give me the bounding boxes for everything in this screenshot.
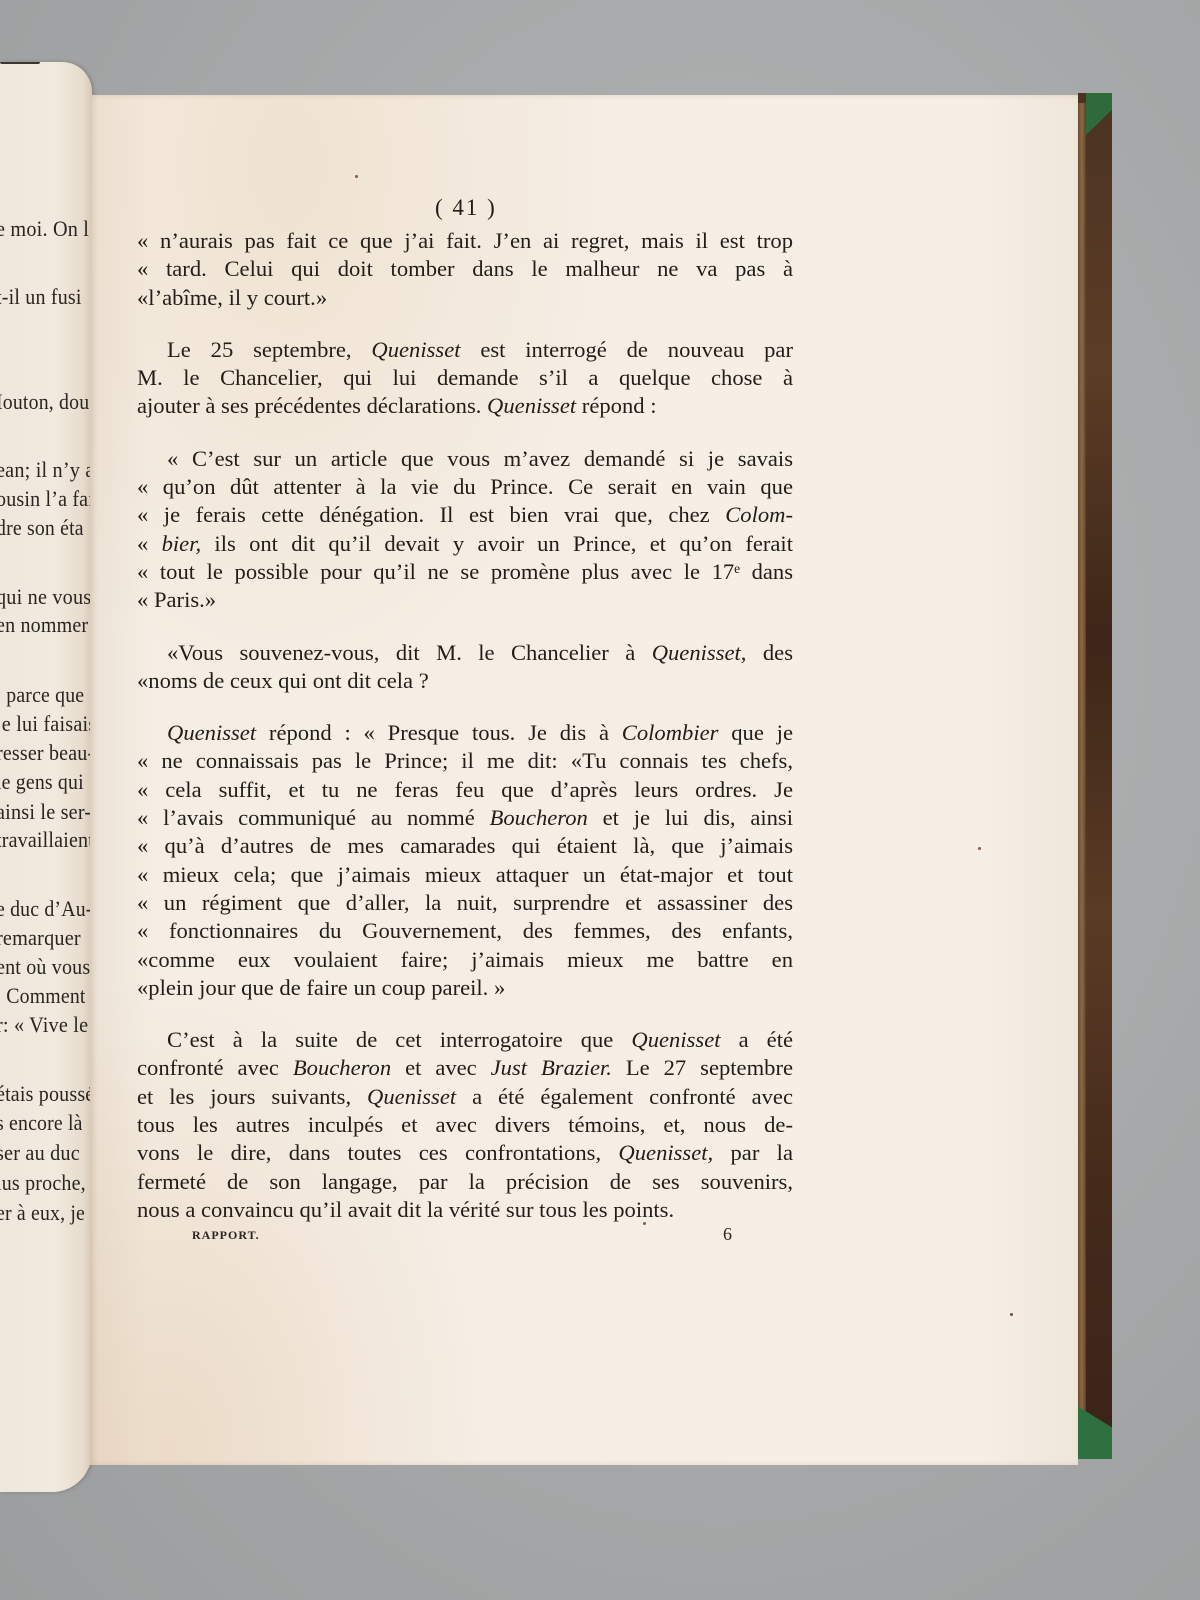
text-segment: vons le dire, dans toutes ces confrontat… — [137, 1140, 618, 1165]
paper-speck — [1010, 1313, 1013, 1316]
text-segment: et les jours suivants, — [137, 1084, 367, 1109]
paragraph-gap — [137, 312, 793, 336]
left-page-line: le gens qui — [0, 769, 84, 795]
left-page-line: ousin l’a fai — [0, 486, 92, 512]
left-page-line: dre son éta — [0, 515, 84, 541]
text-line: « ne connaissais pas le Prince; il me di… — [137, 747, 793, 775]
left-page-line: er à eux, je — [0, 1200, 85, 1226]
text-line: C’est à la suite de cet interrogatoire q… — [137, 1026, 793, 1054]
text-line: «Vous souvenez-vous, dit M. le Chancelie… — [137, 639, 793, 667]
text-segment: répond : — [576, 393, 656, 418]
left-page-line: Iouton, dou — [0, 389, 89, 415]
text-line: ajouter à ses précédentes déclarations. … — [137, 392, 793, 420]
paper-speck — [978, 847, 981, 850]
italic-name: Just Brazier. — [491, 1055, 612, 1080]
left-page-line: t-il un fusi — [0, 284, 82, 310]
left-page-line: étais poussé — [0, 1081, 92, 1107]
text-segment: « ne connaissais pas le Prince; il me di… — [137, 748, 793, 773]
text-segment: fermeté de son langage, par la précision… — [137, 1169, 793, 1194]
text-segment: a été — [721, 1027, 793, 1052]
text-segment: « mieux cela; que j’aimais mieux attaque… — [137, 862, 793, 887]
text-segment: M. le Chancelier, qui lui demande s’il a… — [137, 365, 793, 390]
text-segment: « qu’à d’autres de mes camarades qui éta… — [137, 833, 793, 858]
text-segment: « je ferais cette dénégation. Il est bie… — [137, 502, 725, 527]
text-line: « Paris.» — [137, 586, 793, 614]
left-page-line: travaillaient — [0, 827, 92, 853]
text-segment: et je lui dis, ainsi — [588, 805, 793, 830]
body-text: « n’aurais pas fait ce que j’ai fait. J’… — [137, 227, 793, 1224]
text-line: « qu’on dût attenter à la vie du Prince.… — [137, 473, 793, 501]
text-line: «plein jour que de faire un coup pareil.… — [137, 974, 793, 1002]
italic-name: Colom- — [725, 502, 793, 527]
text-segment: «plein jour que de faire un coup pareil.… — [137, 975, 505, 1000]
text-segment: ils ont dit qu’il devait y avoir un Prin… — [201, 531, 793, 556]
italic-name: Quenisset — [167, 720, 256, 745]
text-segment: «comme eux voulaient faire; j’aimais mie… — [137, 947, 793, 972]
text-segment: tous les autres inculpés et avec divers … — [137, 1112, 793, 1137]
left-page-line: je lui faisais — [0, 711, 92, 737]
book-binding — [1078, 93, 1112, 1459]
footer-label: RAPPORT. — [192, 1228, 260, 1242]
text-line: confronté avec Boucheron et avec Just Br… — [137, 1054, 793, 1082]
text-segment: «l’abîme, il y court.» — [137, 285, 327, 310]
text-segment: répond : « Presque tous. Je dis à — [256, 720, 622, 745]
paper-speck — [355, 175, 358, 178]
italic-name: Quenisset, — [652, 640, 747, 665]
text-line: vons le dire, dans toutes ces confrontat… — [137, 1139, 793, 1167]
left-page-line: en nommer — [0, 612, 88, 638]
text-segment: des — [746, 640, 793, 665]
book-cover-edge — [0, 62, 40, 64]
text-line: tous les autres inculpés et avec divers … — [137, 1111, 793, 1139]
paper-speck — [643, 1222, 646, 1225]
text-segment: Le 27 septembre — [612, 1055, 793, 1080]
text-segment: Le 25 septembre, — [167, 337, 371, 362]
text-segment: que je — [718, 720, 793, 745]
binding-inner-edge — [1078, 103, 1086, 1453]
text-line: « C’est sur un article que vous m’avez d… — [137, 445, 793, 473]
italic-name: Boucheron — [293, 1055, 391, 1080]
left-page-line: ean; il n’y a — [0, 457, 92, 483]
text-line: « fonctionnaires du Gouvernement, des fe… — [137, 917, 793, 945]
left-page-line: e moi. On le — [0, 216, 92, 242]
paragraph-gap — [137, 695, 793, 719]
signature-mark: 6 — [723, 1224, 732, 1245]
left-page-line: ser au duc — [0, 1140, 80, 1166]
text-line: nous a convaincu qu’il avait dit la véri… — [137, 1196, 793, 1224]
italic-name: Quenisset, — [618, 1140, 713, 1165]
italic-name: Quenisset — [371, 337, 460, 362]
italic-name: Boucheron — [490, 805, 588, 830]
text-line: « un régiment que d’aller, la nuit, surp… — [137, 889, 793, 917]
text-line: « mieux cela; que j’aimais mieux attaque… — [137, 861, 793, 889]
text-line: Le 25 septembre, Quenisset est interrogé… — [137, 336, 793, 364]
italic-name: Colombier — [622, 720, 719, 745]
left-page-line: . Comment — [0, 983, 86, 1009]
left-page-line: ent où vous — [0, 954, 90, 980]
text-segment: « tard. Celui qui doit tomber dans le ma… — [137, 256, 793, 281]
text-segment: C’est à la suite de cet interrogatoire q… — [167, 1027, 631, 1052]
text-segment: nous a convaincu qu’il avait dit la véri… — [137, 1197, 674, 1222]
text-line: «l’abîme, il y court.» — [137, 284, 793, 312]
text-segment: « qu’on dût attenter à la vie du Prince.… — [137, 474, 793, 499]
text-segment: confronté avec — [137, 1055, 293, 1080]
binding-corner-top — [1086, 93, 1112, 135]
left-page-line: , parce que — [0, 682, 84, 708]
left-page-line: remarquer — [0, 925, 81, 951]
left-page-line: qui ne vous — [0, 584, 91, 610]
text-segment: « tout le possible pour qu’il ne se prom… — [137, 559, 793, 584]
text-segment: est interrogé de nouveau par — [461, 337, 793, 362]
text-segment: « fonctionnaires du Gouvernement, des fe… — [137, 918, 793, 943]
text-line: « tard. Celui qui doit tomber dans le ma… — [137, 255, 793, 283]
paragraph-gap — [137, 1002, 793, 1026]
left-page-line: e duc d’Au- — [0, 896, 92, 922]
text-line: « cela suffit, et tu ne feras feu que d’… — [137, 776, 793, 804]
text-line: M. le Chancelier, qui lui demande s’il a… — [137, 364, 793, 392]
text-segment: « l’avais communiqué au nommé — [137, 805, 490, 830]
text-line: «comme eux voulaient faire; j’aimais mie… — [137, 946, 793, 974]
text-segment: « un régiment que d’aller, la nuit, surp… — [137, 890, 793, 915]
text-line: fermeté de son langage, par la précision… — [137, 1168, 793, 1196]
left-page-line: lus proche, — [0, 1170, 86, 1196]
text-segment: par la — [713, 1140, 793, 1165]
text-segment: « C’est sur un article que vous m’avez d… — [167, 446, 793, 471]
text-segment: « cela suffit, et tu ne feras feu que d’… — [137, 777, 793, 802]
italic-name: Quenisset — [631, 1027, 720, 1052]
text-line: « n’aurais pas fait ce que j’ai fait. J’… — [137, 227, 793, 255]
right-page: ( 41 ) « n’aurais pas fait ce que j’ai f… — [90, 95, 1078, 1465]
text-segment: « — [137, 531, 162, 556]
italic-name: Quenisset — [367, 1084, 456, 1109]
text-line: « tout le possible pour qu’il ne se prom… — [137, 558, 793, 586]
text-segment: «Vous souvenez-vous, dit M. le Chancelie… — [167, 640, 652, 665]
text-segment: ajouter à ses précédentes déclarations. — [137, 393, 487, 418]
left-page-line: resser beau- — [0, 740, 92, 766]
text-segment: « Paris.» — [137, 587, 216, 612]
paragraph-gap — [137, 615, 793, 639]
left-page-line: r: « Vive le — [0, 1012, 88, 1038]
text-segment: a été également confronté avec — [456, 1084, 793, 1109]
paragraph-gap — [137, 421, 793, 445]
text-line: « l’avais communiqué au nommé Boucheron … — [137, 804, 793, 832]
text-line: Quenisset répond : « Presque tous. Je di… — [137, 719, 793, 747]
text-line: « qu’à d’autres de mes camarades qui éta… — [137, 832, 793, 860]
text-line: « je ferais cette dénégation. Il est bie… — [137, 501, 793, 529]
text-segment: « n’aurais pas fait ce que j’ai fait. J’… — [137, 228, 793, 253]
text-segment: et avec — [391, 1055, 491, 1080]
text-line: « bier, ils ont dit qu’il devait y avoir… — [137, 530, 793, 558]
left-page-line: ainsi le ser- — [0, 799, 91, 825]
italic-name: bier, — [162, 531, 202, 556]
page-footer: RAPPORT. 6 — [192, 1228, 752, 1243]
italic-name: Quenisset — [487, 393, 576, 418]
text-line: «noms de ceux qui ont dit cela ? — [137, 667, 793, 695]
left-page-line: s encore là — [0, 1110, 83, 1136]
page-number: ( 41 ) — [435, 195, 497, 221]
left-page: e moi. On let-il un fusiIouton, douean; … — [0, 62, 92, 1492]
text-line: et les jours suivants, Quenisset a été é… — [137, 1083, 793, 1111]
text-segment: «noms de ceux qui ont dit cela ? — [137, 668, 429, 693]
